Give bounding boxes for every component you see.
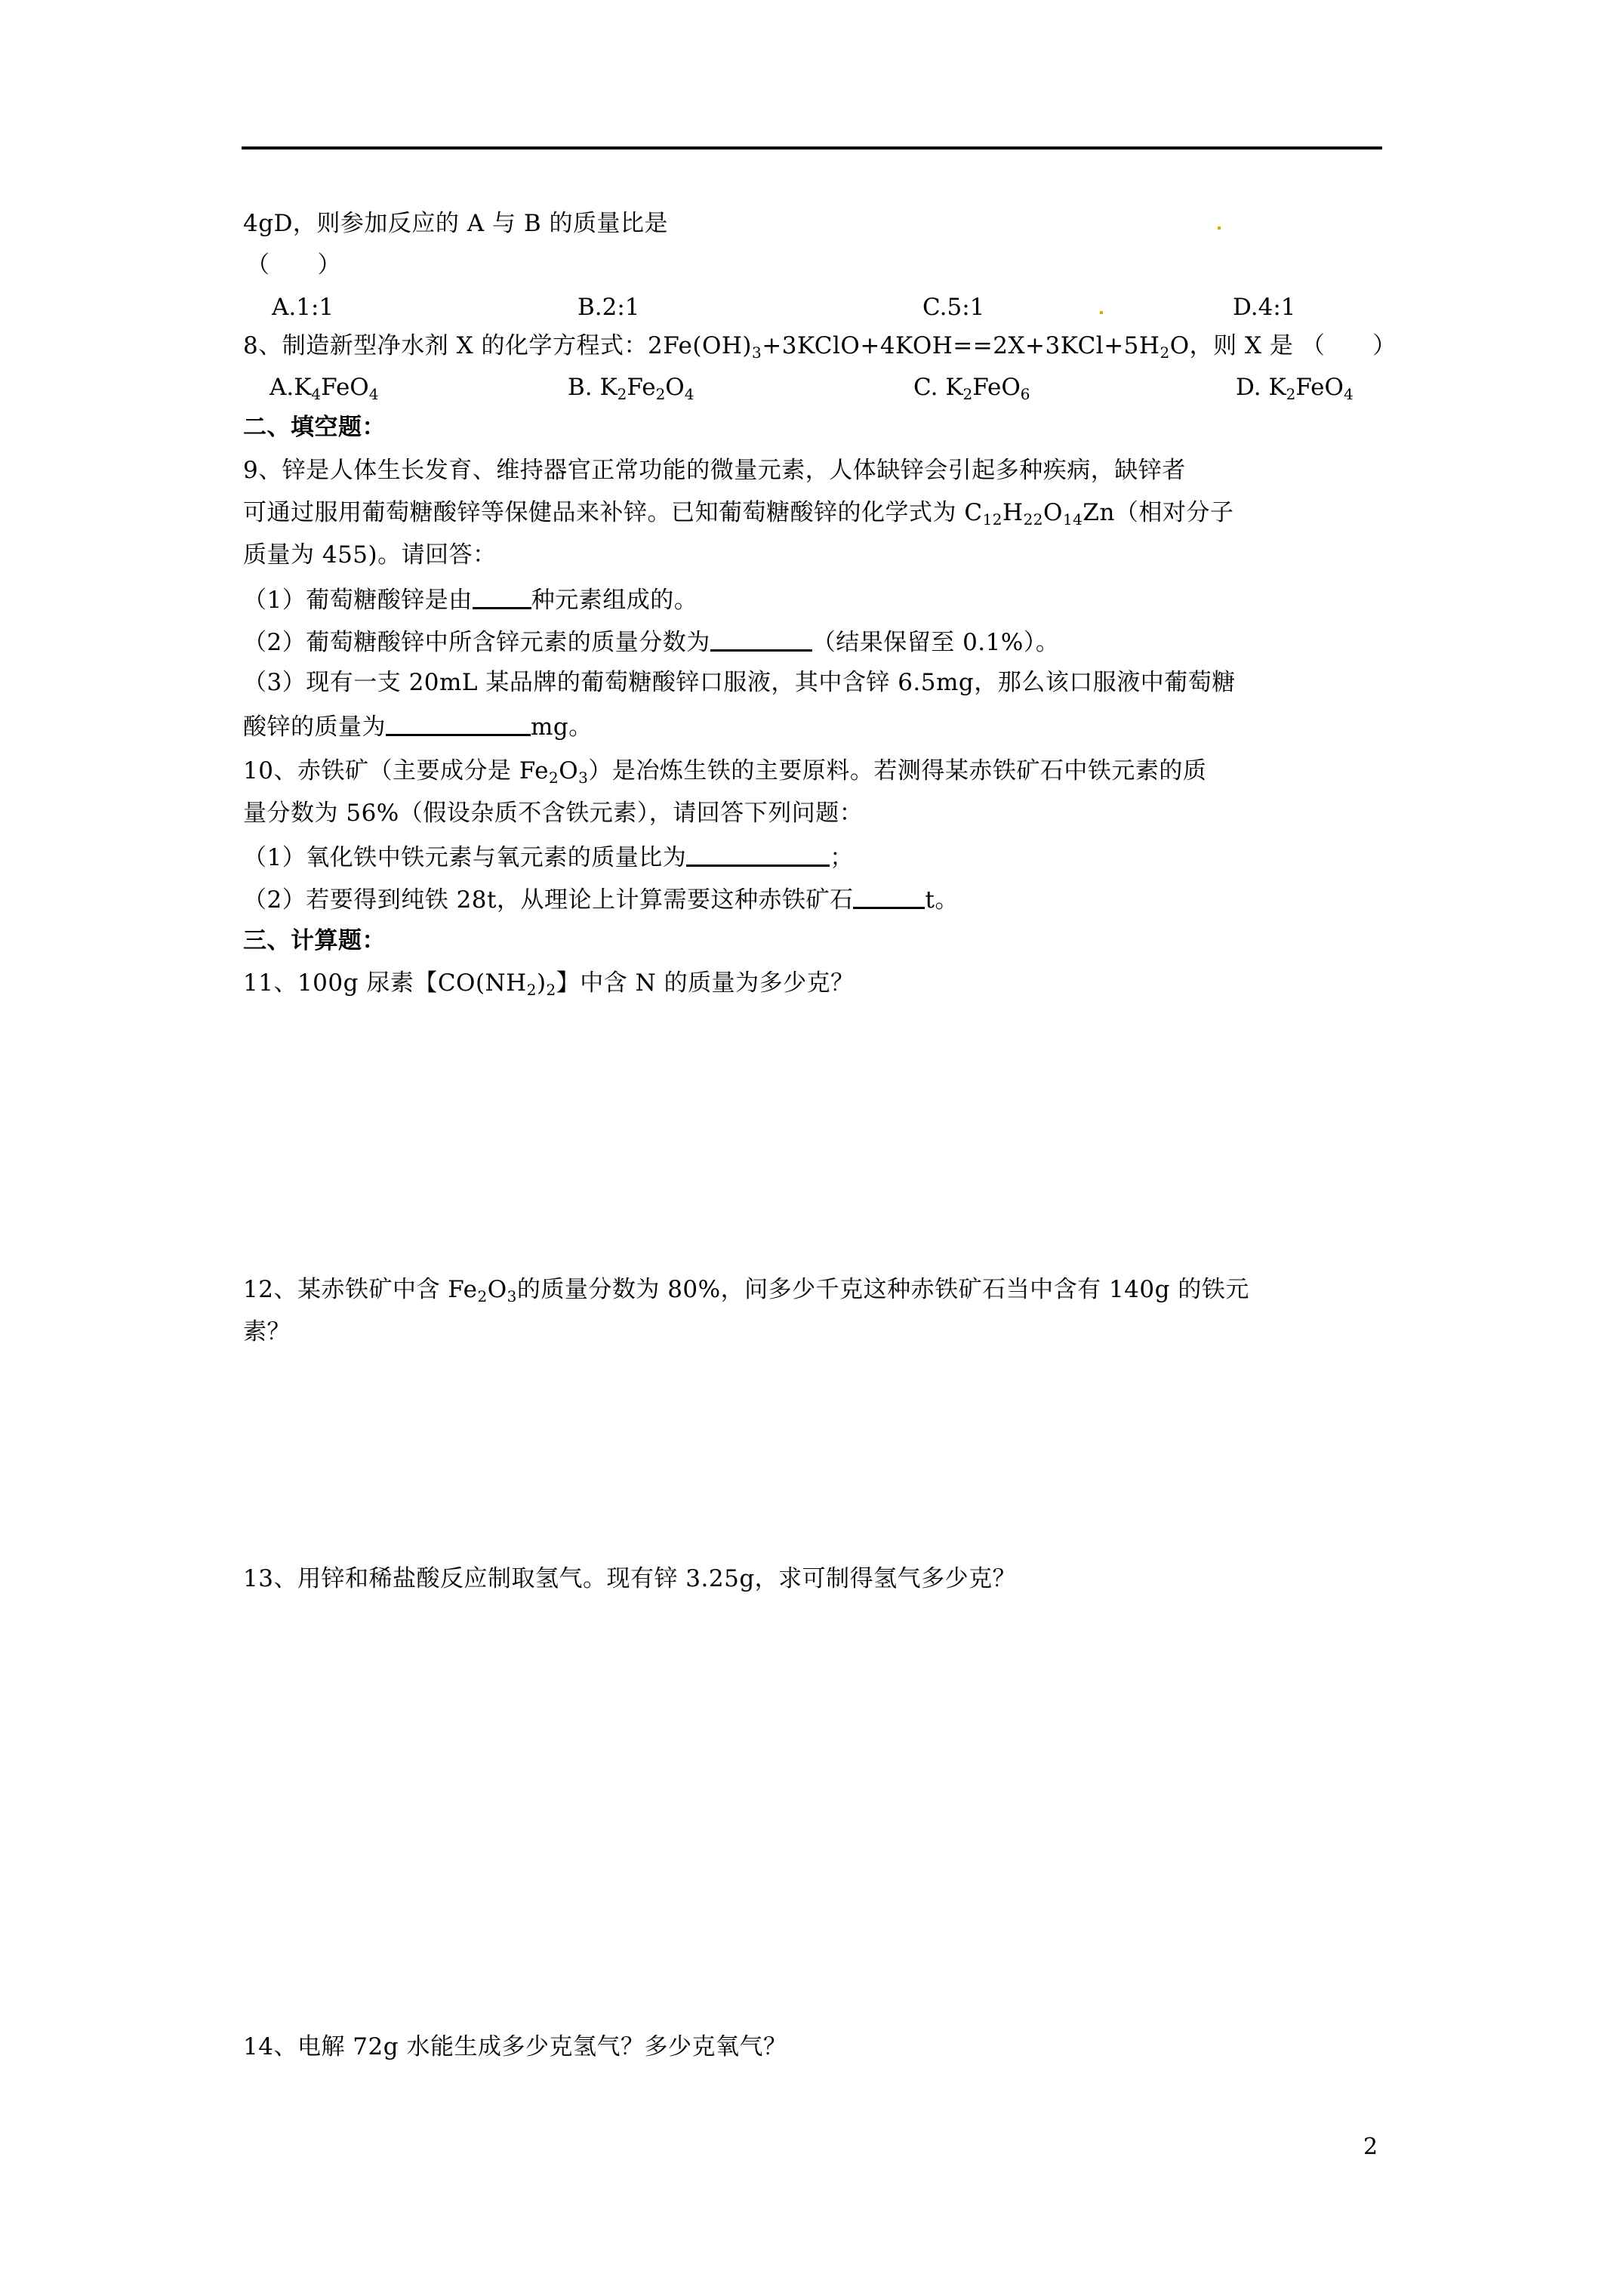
q12-line-1: 12、某赤铁矿中含 Fe2O3的质量分数为 80%，问多少千克这种赤铁矿石当中含…: [243, 1276, 1249, 1303]
q9-text: mg。: [531, 713, 593, 741]
q14-stem: 14、电解 72g 水能生成多少克氢气？多少克氧气？: [243, 2033, 787, 2060]
q9-sub-3: （3）现有一支 20mL 某品牌的葡萄糖酸锌口服液，其中含锌 6.5mg，那么该…: [243, 669, 1236, 696]
q9-text: Zn（相对分子: [1083, 499, 1233, 526]
answer-blank[interactable]: [853, 884, 925, 909]
stray-mark: [1218, 227, 1221, 230]
q10-text: ）是冶炼生铁的主要原料。若测得某赤铁矿石中铁元素的质: [588, 757, 1206, 784]
section-title-fill-in: 二、填空题：: [243, 414, 386, 441]
q9-text: 酸锌的质量为: [243, 713, 386, 741]
q10-text: t。: [925, 886, 958, 914]
q8-option-b: B. K2Fe2O4: [568, 374, 694, 401]
answer-blank[interactable]: [710, 627, 812, 652]
q12-text: 12、某赤铁矿中含 Fe: [243, 1276, 477, 1303]
stray-mark: [1100, 311, 1103, 314]
q9-text: （2）葡萄糖酸锌中所含锌元素的质量分数为: [243, 629, 710, 656]
q9-sub-1: （1）葡萄糖酸锌是由种元素组成的。: [243, 584, 698, 614]
answer-blank[interactable]: [686, 842, 830, 867]
q10-text: （2）若要得到纯铁 28t，从理论上计算需要这种赤铁矿石: [243, 886, 853, 914]
q9-sub-3-cont: 酸锌的质量为mg。: [243, 711, 593, 741]
subscript: 2: [1160, 344, 1169, 362]
q12-text: 的质量分数为 80%，问多少千克这种赤铁矿石当中含有 140g 的铁元: [517, 1276, 1249, 1303]
q9-text: H: [1002, 499, 1024, 526]
answer-blank[interactable]: [473, 584, 531, 609]
subscript: 3: [752, 344, 762, 362]
q11-text: ): [537, 969, 547, 997]
header-rule: [242, 146, 1382, 149]
q12-text: O: [488, 1276, 507, 1303]
q10-text: O: [559, 757, 578, 784]
q8-text: +3KClO+4KOH==2X+3KCl+5H: [762, 332, 1160, 359]
q10-text: 10、赤铁矿（主要成分是 Fe: [243, 757, 549, 784]
q9-text: 可通过服用葡萄糖酸锌等保健品来补锌。已知葡萄糖酸锌的化学式为 C: [243, 499, 983, 526]
q7-stem-continuation: 4gD，则参加反应的 A 与 B 的质量比是: [243, 210, 668, 237]
q9-sub-2: （2）葡萄糖酸锌中所含锌元素的质量分数为（结果保留至 0.1%）。: [243, 627, 1059, 656]
q9-text: （1）葡萄糖酸锌是由: [243, 587, 473, 614]
subscript: 12: [983, 510, 1002, 529]
q9-text: （结果保留至 0.1%）。: [812, 629, 1060, 656]
subscript: 3: [507, 1287, 517, 1305]
q10-line-1: 10、赤铁矿（主要成分是 Fe2O3）是冶炼生铁的主要原料。若测得某赤铁矿石中铁…: [243, 757, 1206, 784]
q9-line-1: 9、锌是人体生长发育、维持器官正常功能的微量元素，人体缺锌会引起多种疾病，缺锌者: [243, 457, 1186, 484]
q13-stem: 13、用锌和稀盐酸反应制取氢气。现有锌 3.25g，求可制得氢气多少克？: [243, 1565, 1016, 1592]
q7-answer-paren: （ ）: [246, 251, 341, 279]
q7-option-a: A.1:1: [272, 294, 334, 321]
q11-text: 11、100g 尿素【CO(NH: [243, 969, 527, 997]
q10-sub-1: （1）氧化铁中铁元素与氧元素的质量比为；: [243, 842, 854, 871]
subscript: 22: [1024, 510, 1043, 529]
q8-stem: 8、制造新型净水剂 X 的化学方程式：2Fe(OH)3+3KClO+4KOH==…: [243, 332, 1397, 359]
q7-option-d: D.4:1: [1233, 294, 1296, 321]
subscript: 2: [477, 1287, 487, 1305]
q11-stem: 11、100g 尿素【CO(NH2)2】中含 N 的质量为多少克？: [243, 969, 855, 997]
q8-option-c: C. K2FeO6: [913, 374, 1030, 401]
q8-text: 8、制造新型净水剂 X 的化学方程式：2Fe(OH): [243, 332, 752, 359]
subscript: 2: [527, 981, 537, 999]
q10-text: ；: [830, 844, 854, 871]
q8-text: O，则 X 是 （ ）: [1170, 332, 1397, 359]
q10-text: （1）氧化铁中铁元素与氧元素的质量比为: [243, 844, 686, 871]
q10-sub-2: （2）若要得到纯铁 28t，从理论上计算需要这种赤铁矿石t。: [243, 884, 959, 914]
q8-option-a: A.K4FeO4: [269, 374, 378, 401]
page-number: 2: [1363, 2134, 1378, 2160]
q7-option-c: C.5:1: [922, 294, 984, 321]
subscript: 3: [578, 769, 588, 787]
q9-text: 种元素组成的。: [531, 587, 698, 614]
subscript: 14: [1063, 510, 1083, 529]
q9-text: O: [1043, 499, 1063, 526]
q11-text: 】中含 N 的质量为多少克？: [556, 969, 855, 997]
section-title-calculation: 三、计算题：: [243, 927, 386, 954]
subscript: 2: [547, 981, 556, 999]
q9-line-2: 可通过服用葡萄糖酸锌等保健品来补锌。已知葡萄糖酸锌的化学式为 C12H22O14…: [243, 499, 1233, 526]
q12-line-2: 素？: [243, 1318, 291, 1345]
q8-option-d: D. K2FeO4: [1236, 374, 1354, 401]
subscript: 2: [549, 769, 559, 787]
q9-line-3: 质量为 455)。请回答：: [243, 541, 497, 569]
q7-option-b: B.2:1: [577, 294, 640, 321]
q10-line-2: 量分数为 56%（假设杂质不含铁元素），请回答下列问题：: [243, 800, 863, 827]
answer-blank[interactable]: [386, 711, 531, 736]
document-page: 4gD，则参加反应的 A 与 B 的质量比是 （ ） A.1:1 B.2:1 C…: [0, 0, 1623, 2296]
